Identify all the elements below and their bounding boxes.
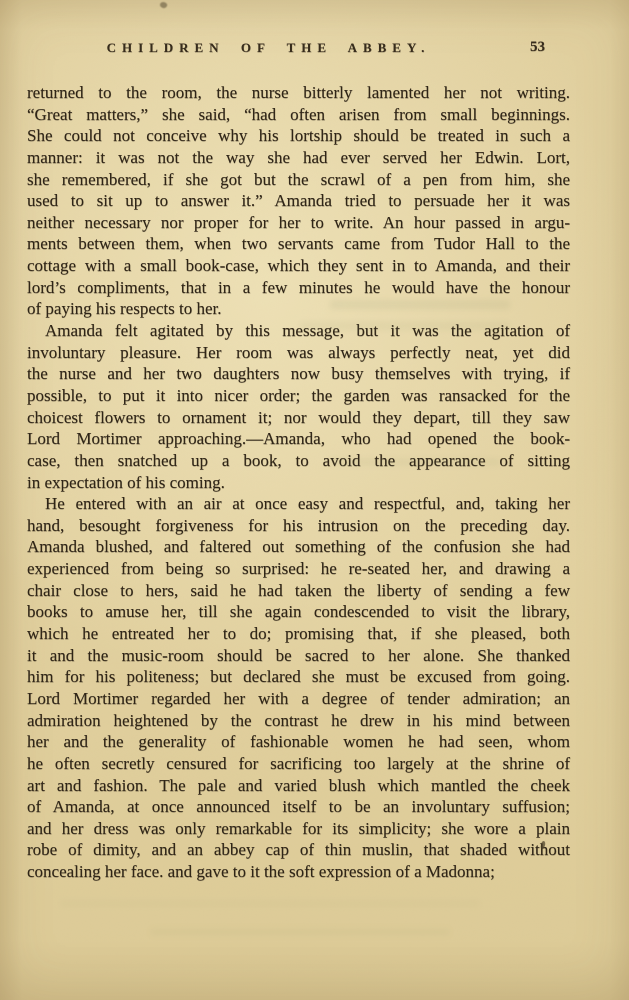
- text-line: art and fashion. The pale and varied blu…: [27, 775, 570, 797]
- text-line: neither necessary nor proper for her to …: [27, 212, 570, 234]
- text-line: Lord Mortimer approaching.—Amanda, who h…: [27, 428, 570, 450]
- body-text: returned to the room, the nurse bitterly…: [27, 82, 570, 883]
- paragraph: He entered with an air at once easy and …: [27, 493, 570, 883]
- text-line: the nurse and her two daughters now busy…: [27, 363, 570, 385]
- paragraph: Amanda felt agitated by this message, bu…: [27, 320, 570, 493]
- text-line: possible, to put it into nicer order; th…: [27, 385, 570, 407]
- text-line: it and the music-room should be sacred t…: [27, 645, 570, 667]
- text-line: cottage with a small book-case, which th…: [27, 255, 570, 277]
- text-line: books to amuse her, till she again conde…: [27, 601, 570, 623]
- text-line: choicest flowers to ornament it; nor wou…: [27, 407, 570, 429]
- text-line: she remembered, if she got but the scraw…: [27, 169, 570, 191]
- text-line: chair close to hers, said he had taken t…: [27, 580, 570, 602]
- text-line: ments between them, when two servants ca…: [27, 233, 570, 255]
- paragraph: returned to the room, the nurse bitterly…: [27, 82, 570, 320]
- text-line: case, then snatched up a book, to avoid …: [27, 450, 570, 472]
- text-line: robe of dimity, and an abbey cap of thin…: [27, 839, 570, 861]
- text-line: he often secretly censured for sacrifici…: [27, 753, 570, 775]
- running-title: CHILDREN OF THE ABBEY.: [27, 40, 510, 56]
- text-line: Amanda blushed, and faltered out somethi…: [27, 536, 570, 558]
- ink-speck-top: [159, 1, 168, 10]
- text-line: experienced from being so surprised: he …: [27, 558, 570, 580]
- running-head: CHILDREN OF THE ABBEY. 53: [27, 40, 570, 62]
- text-line: in expectation of his coming.: [27, 472, 570, 494]
- text-line: lord’s compliments, that in a few minute…: [27, 277, 570, 299]
- text-line: She could not conceive why his lortship …: [27, 125, 570, 147]
- text-line: which he entreated her to do; promising …: [27, 623, 570, 645]
- text-line: returned to the room, the nurse bitterly…: [27, 82, 570, 104]
- text-line: her and the generality of fashionable wo…: [27, 731, 570, 753]
- text-line: admiration heightened by the contrast he…: [27, 710, 570, 732]
- text-line: Amanda felt agitated by this message, bu…: [27, 320, 570, 342]
- text-line: Lord Mortimer regarded her with a degree…: [27, 688, 570, 710]
- text-line: He entered with an air at once easy and …: [27, 493, 570, 515]
- text-line: manner: it was not the way she had ever …: [27, 147, 570, 169]
- book-page-scan: CHILDREN OF THE ABBEY. 53 returned to th…: [0, 0, 629, 1000]
- text-line: concealing her face. and gave to it the …: [27, 861, 570, 883]
- text-line: involuntary pleasure. Her room was alway…: [27, 342, 570, 364]
- text-line: of Amanda, at once announced itself to b…: [27, 796, 570, 818]
- text-line: hand, besought forgiveness for his intru…: [27, 515, 570, 537]
- text-line: and her dress was only remarkable for it…: [27, 818, 570, 840]
- show-through-smudge: [150, 928, 450, 936]
- text-line: of paying his respects to her.: [27, 298, 570, 320]
- text-line: used to sit up to answer it.” Amanda tri…: [27, 190, 570, 212]
- page-number: 53: [530, 39, 545, 56]
- show-through-smudge: [60, 900, 480, 907]
- text-line: “Great matters,” she said, “had often ar…: [27, 104, 570, 126]
- text-line: him for his politeness; but declared she…: [27, 666, 570, 688]
